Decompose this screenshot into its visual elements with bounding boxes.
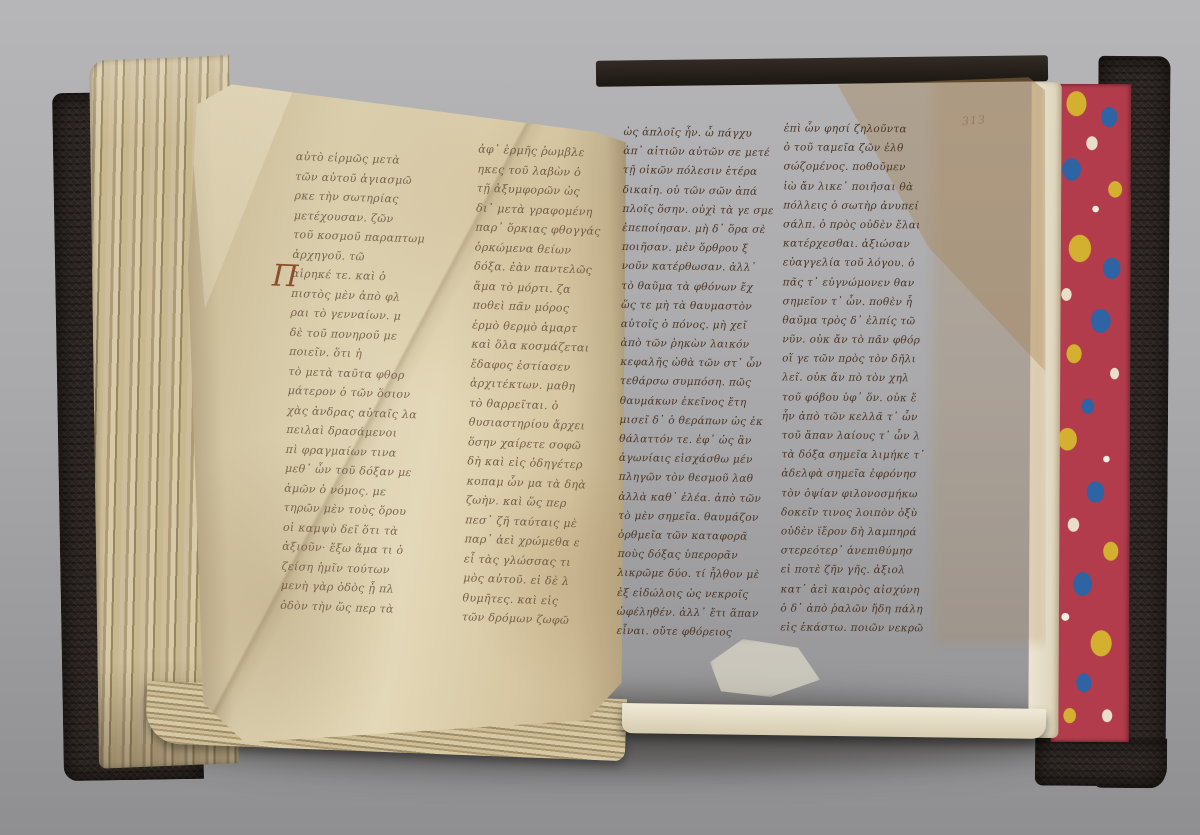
manuscript-text-line: πλοῖς ὅσην. οὐχὶ τὰ γε σμε: [622, 200, 774, 221]
manuscript-text-line: ἀλλὰ καθ᾽ ἑλέα. ἀπὸ τῶν: [618, 487, 770, 508]
manuscript-text-line: εἰς ἑκάστω. ποιῶν νεκρῶ: [780, 618, 950, 638]
right-page-column-1: ὡς ἁπλοῖς ἦν. ὦ πάγχυἀπ᾽ αἰτιῶν αὐτῶν σε…: [616, 123, 775, 643]
manuscript-text-line: οἵ γε τῶν πρὸς τὸν δῆλι: [782, 350, 952, 370]
manuscript-text-line: τὸ μὲν σημεῖα. θαυμάζον: [618, 507, 770, 528]
manuscript-text-line: τεθάρσω συμπόση. πῶς: [620, 372, 772, 393]
manuscript-text-line: ἀπὸ τῶν ῥηκὼν λαικόν: [620, 334, 772, 355]
manuscript-text-line: νῦν. οὐκ ἄν τὸ πᾶν φθόρ: [782, 330, 952, 350]
manuscript-text-line: πόλλεις ὁ σωτὴρ ἀνυπεί: [783, 196, 953, 216]
manuscript-text-line: δοκεῖν τινος λοιπὸν ὀξὺ: [781, 503, 951, 523]
manuscript-text-line: ἰὼ ἄν λικε᾽ ποιῆσαι θὰ: [783, 177, 953, 197]
manuscript-text-line: θαυμάκων ἐκεῖνος ἔτη: [620, 392, 772, 413]
manuscript-text-line: εἶναι. οὔτε φθόρειος: [616, 622, 768, 643]
manuscript-text-line: θαῦμα τρὸς δ᾽ ἐλπίς τῶ: [782, 311, 952, 331]
manuscript-text-line: λεῖ. οὐκ ἄν πὸ τὸν χηλ: [782, 369, 952, 389]
manuscript-text-line: σώζομένος. ποθοῦμεν: [783, 158, 953, 178]
left-parchment-page: Π αὐτὸ εἰρμῶς μετὰτῶν αὐτοῦ ἁγιασμῶρκε τ…: [188, 64, 626, 744]
manuscript-text-line: δικαίη. οὐ τῶν σῶν ἁπά: [623, 181, 775, 202]
folio-number: 313: [962, 113, 987, 128]
marbled-endpaper: [1051, 84, 1131, 742]
manuscript-text-line: πᾶς τ᾽ εὐγνώμονεν θαν: [783, 273, 953, 293]
manuscript-text-line: στερεότερ᾽ ἀνεπιθύμησ: [781, 542, 951, 562]
manuscript-text-line: τῶν δρόμων ζωφῶ: [462, 607, 613, 632]
right-cover-bottom-corner: [1035, 737, 1167, 786]
manuscript-text-line: ποιῆσαν. μὲν ὅρθρου ξ: [622, 238, 774, 259]
manuscript-text-line: ὥς τε μὴ τὰ θαυμαστὸν: [621, 296, 773, 317]
manuscript-text-line: τὰ δόξα σημεῖα λιμήκε τ᾽: [781, 446, 951, 466]
manuscript-text-line: ποὺς δόξας ὑπερορᾶν: [617, 545, 769, 566]
manuscript-text-line: ἀγωνίαις εἰσχάσθω μέν: [619, 449, 771, 470]
manuscript-text-line: ἐπὶ ὧν φησί ζηλοῦντα: [784, 119, 954, 139]
right-page-column-2: ἐπὶ ὧν φησί ζηλοῦνταὁ τοῦ ταμεῖα ζῶν ἐλθ…: [780, 119, 954, 638]
manuscript-text-line: ὠφέληθέν. ἀλλ᾽ ἔτι ἅπαν: [617, 603, 769, 624]
manuscript-text-line: αὐτοῖς ὁ πόνος. μὴ χεῖ: [621, 315, 773, 336]
manuscript-text-line: σάλπ. ὁ πρὸς οὐδὲν ἔλαι: [783, 215, 953, 235]
manuscript-text-line: πληγῶν τὸν θεσμοῦ λαθ: [619, 468, 771, 489]
manuscript-text-line: ὁ τοῦ ταμεῖα ζῶν ἐλθ: [784, 139, 954, 159]
manuscript-text-line: ἦν ἀπὸ τῶν κελλᾶ τ᾽ ὧν: [782, 407, 952, 427]
manuscript-text-line: ὡς ἁπλοῖς ἦν. ὦ πάγχυ: [623, 123, 775, 144]
manuscript-text-line: τοῦ ἅπαν λαίους τ᾽ ὧν λ: [782, 426, 952, 446]
manuscript-text-line: τὸν ὀψίαν φιλονοσμήκω: [781, 484, 951, 504]
manuscript-text-line: θάλαττόν τε. ἐφ᾽ ὡς ἂν: [619, 430, 771, 451]
manuscript-text-line: ὀρθμεῖα τῶν καταφορᾶ: [618, 526, 770, 547]
manuscript-text-line: νοῦν κατέρθωσαν. ἀλλ᾽: [621, 257, 773, 278]
manuscript-text-line: κατέρχεσθαι. ἀξιώσαν: [783, 235, 953, 255]
manuscript-text-line: ἀδελφὰ σημεῖα ἐφρόνησ: [781, 465, 951, 485]
manuscript-text-line: οὐδὲν ϊἔρον δὴ λαμπηρά: [781, 522, 951, 542]
manuscript-text-line: εὐαγγελία τοῦ λόγου. ὁ: [783, 254, 953, 274]
manuscript-text-line: τὸ θαῦμα τὰ φθόνων ἔχ: [621, 276, 773, 297]
manuscript-text-line: εἰ ποτὲ ζῆν γῆς. ἀξιολ: [781, 561, 951, 581]
manuscript-text-line: τοῦ φόβου ὑφ᾽ ὅν. οὐκ ἔ: [782, 388, 952, 408]
manuscript-text-line: κατ᾽ ἀεὶ καιρὸς αἰσχύνη: [780, 580, 950, 600]
manuscript-text-line: κεφαλῆς ὠθὰ τῶν στ᾽ ὧν: [620, 353, 772, 374]
manuscript-text-line: ὁ δ᾽ ἀπὸ ῥαλῶν ἤδη πάλη: [780, 599, 950, 619]
manuscript-text-line: μισεῖ δ᾽ ὁ θεράπων ὡς ἐκ: [619, 411, 771, 432]
manuscript-text-line: ἀπ᾽ αἰτιῶν αὐτῶν σε μετέ: [623, 142, 775, 163]
repair-patch: [710, 639, 820, 697]
manuscript-text-line: ἐξ εἰδώλοις ὡς νεκροῖς: [617, 583, 769, 604]
manuscript-text-line: σημεῖον τ᾽ ὧν. ποθὲν ἦ: [782, 292, 952, 312]
manuscript-text-line: λικρῶμε δύο. τί ἦλθον μὲ: [617, 564, 769, 585]
manuscript-text-line: ἐπεποίησαν. μὴ δ᾽ ὅρα σὲ: [622, 219, 774, 240]
right-parchment-page: 313 ὡς ἁπλοῖς ἦν. ὦ πάγχυἀπ᾽ αἰτιῶν αὐτῶ…: [610, 74, 1046, 722]
manuscript-text-line: τῇ οἰκῶν πόλεσιν ἑτέρα: [623, 161, 775, 182]
left-page-column-1: αὐτὸ εἰρμῶς μετὰτῶν αὐτοῦ ἁγιασμῶρκε τὴν…: [280, 147, 476, 621]
left-page-column-2: ἀφ᾽ ἑρμῆς ῥωμβλεηκες τοῦ λαβὼν ὁτῇ ἀξυμφ…: [462, 140, 629, 632]
